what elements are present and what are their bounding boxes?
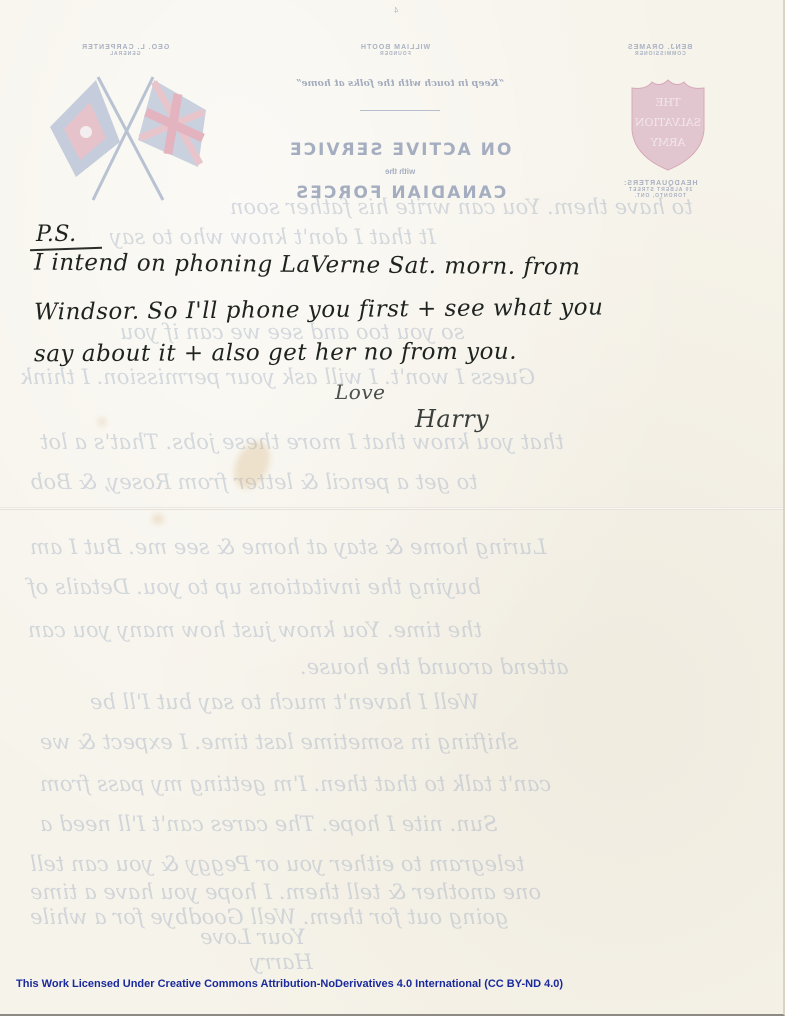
license-notice: This Work Licensed Under Creative Common… (16, 978, 563, 990)
bleed-through-line: telegram to either you or Peggy & you ca… (30, 852, 525, 876)
svg-text:ARMY: ARMY (650, 136, 686, 149)
service-title: ON ACTIVE SERVICE (255, 140, 545, 160)
bleed-through-line: one another & tell them. I hope you have… (30, 880, 541, 904)
salvation-army-shield-icon: THE SALVATION ARMY (626, 78, 710, 172)
letter-closing: Love (335, 380, 385, 404)
paper-stain (152, 514, 164, 524)
bleed-through-line: shifting in sometime last time. I expect… (40, 730, 518, 754)
service-with-the: with the (255, 167, 545, 176)
postscript-line: I intend on phoning LaVerne Sat. morn. f… (34, 250, 581, 281)
letterhead-commissioner: BENJ. ORAMES COMMISSIONER (605, 44, 715, 57)
paper-fold-crease (0, 507, 783, 510)
svg-text:THE: THE (656, 96, 681, 109)
bleed-through-line: buying the invitations up to you. Detail… (28, 575, 481, 599)
commissioner-name: BENJ. ORAMES (627, 44, 692, 51)
svg-text:SALVATION: SALVATION (634, 116, 701, 129)
general-name: GEO. L. CARPENTER (81, 44, 169, 51)
bleed-through-line: the time. You know just how many you can (28, 618, 482, 642)
page-mark: 4 (394, 6, 398, 15)
bleed-through-line: Guess I won't. I will ask your permissio… (20, 365, 535, 389)
founder-name: WILLIAM BOOTH (360, 44, 430, 51)
paper-stain (98, 418, 106, 426)
bleed-through-line: Well I haven't much to say but I'll be (90, 690, 479, 714)
bleed-through-line: that you know that I more these jobs. Th… (40, 430, 564, 454)
bleed-through-line: Harry (250, 950, 313, 974)
commissioner-role: COMMISSIONER (634, 51, 686, 57)
bleed-through-line: attend around the house. (300, 655, 568, 679)
letterhead-motto: “Keep in touch with the folks at home” (265, 78, 535, 89)
general-role: GENERAL (109, 51, 140, 57)
bleed-through-line: to have them. You can write his father s… (230, 195, 693, 219)
founder-role: FOUNDER (379, 51, 411, 57)
postscript-heading: P.S. (36, 222, 77, 247)
crossed-flags-icon (38, 72, 218, 207)
letterhead-general: GEO. L. CARPENTER GENERAL (60, 44, 190, 57)
postscript-line: say about it + also get her no from you. (34, 339, 517, 368)
letter-page: 4 GEO. L. CARPENTER GENERAL WILLIAM BOOT… (0, 0, 785, 1016)
letter-signature: Harry (415, 405, 489, 433)
hq-title: HEADQUARTERS: (623, 180, 697, 187)
bleed-through-line: Luring home & stay at home & see me. But… (30, 535, 546, 559)
bleed-through-line: It that I don't know who to say (110, 225, 436, 249)
bleed-through-line: Sun. nite I hope. The cares can't I'll n… (40, 812, 498, 836)
postscript-line: Windsor. So I'll phone you first + see w… (34, 295, 604, 326)
letterhead-founder: WILLIAM BOOTH FOUNDER (330, 44, 460, 57)
bleed-through-line: Your Love (200, 925, 306, 949)
bleed-through-line: can't talk to that then. I'm getting my … (40, 772, 551, 796)
motto-divider (360, 110, 440, 111)
